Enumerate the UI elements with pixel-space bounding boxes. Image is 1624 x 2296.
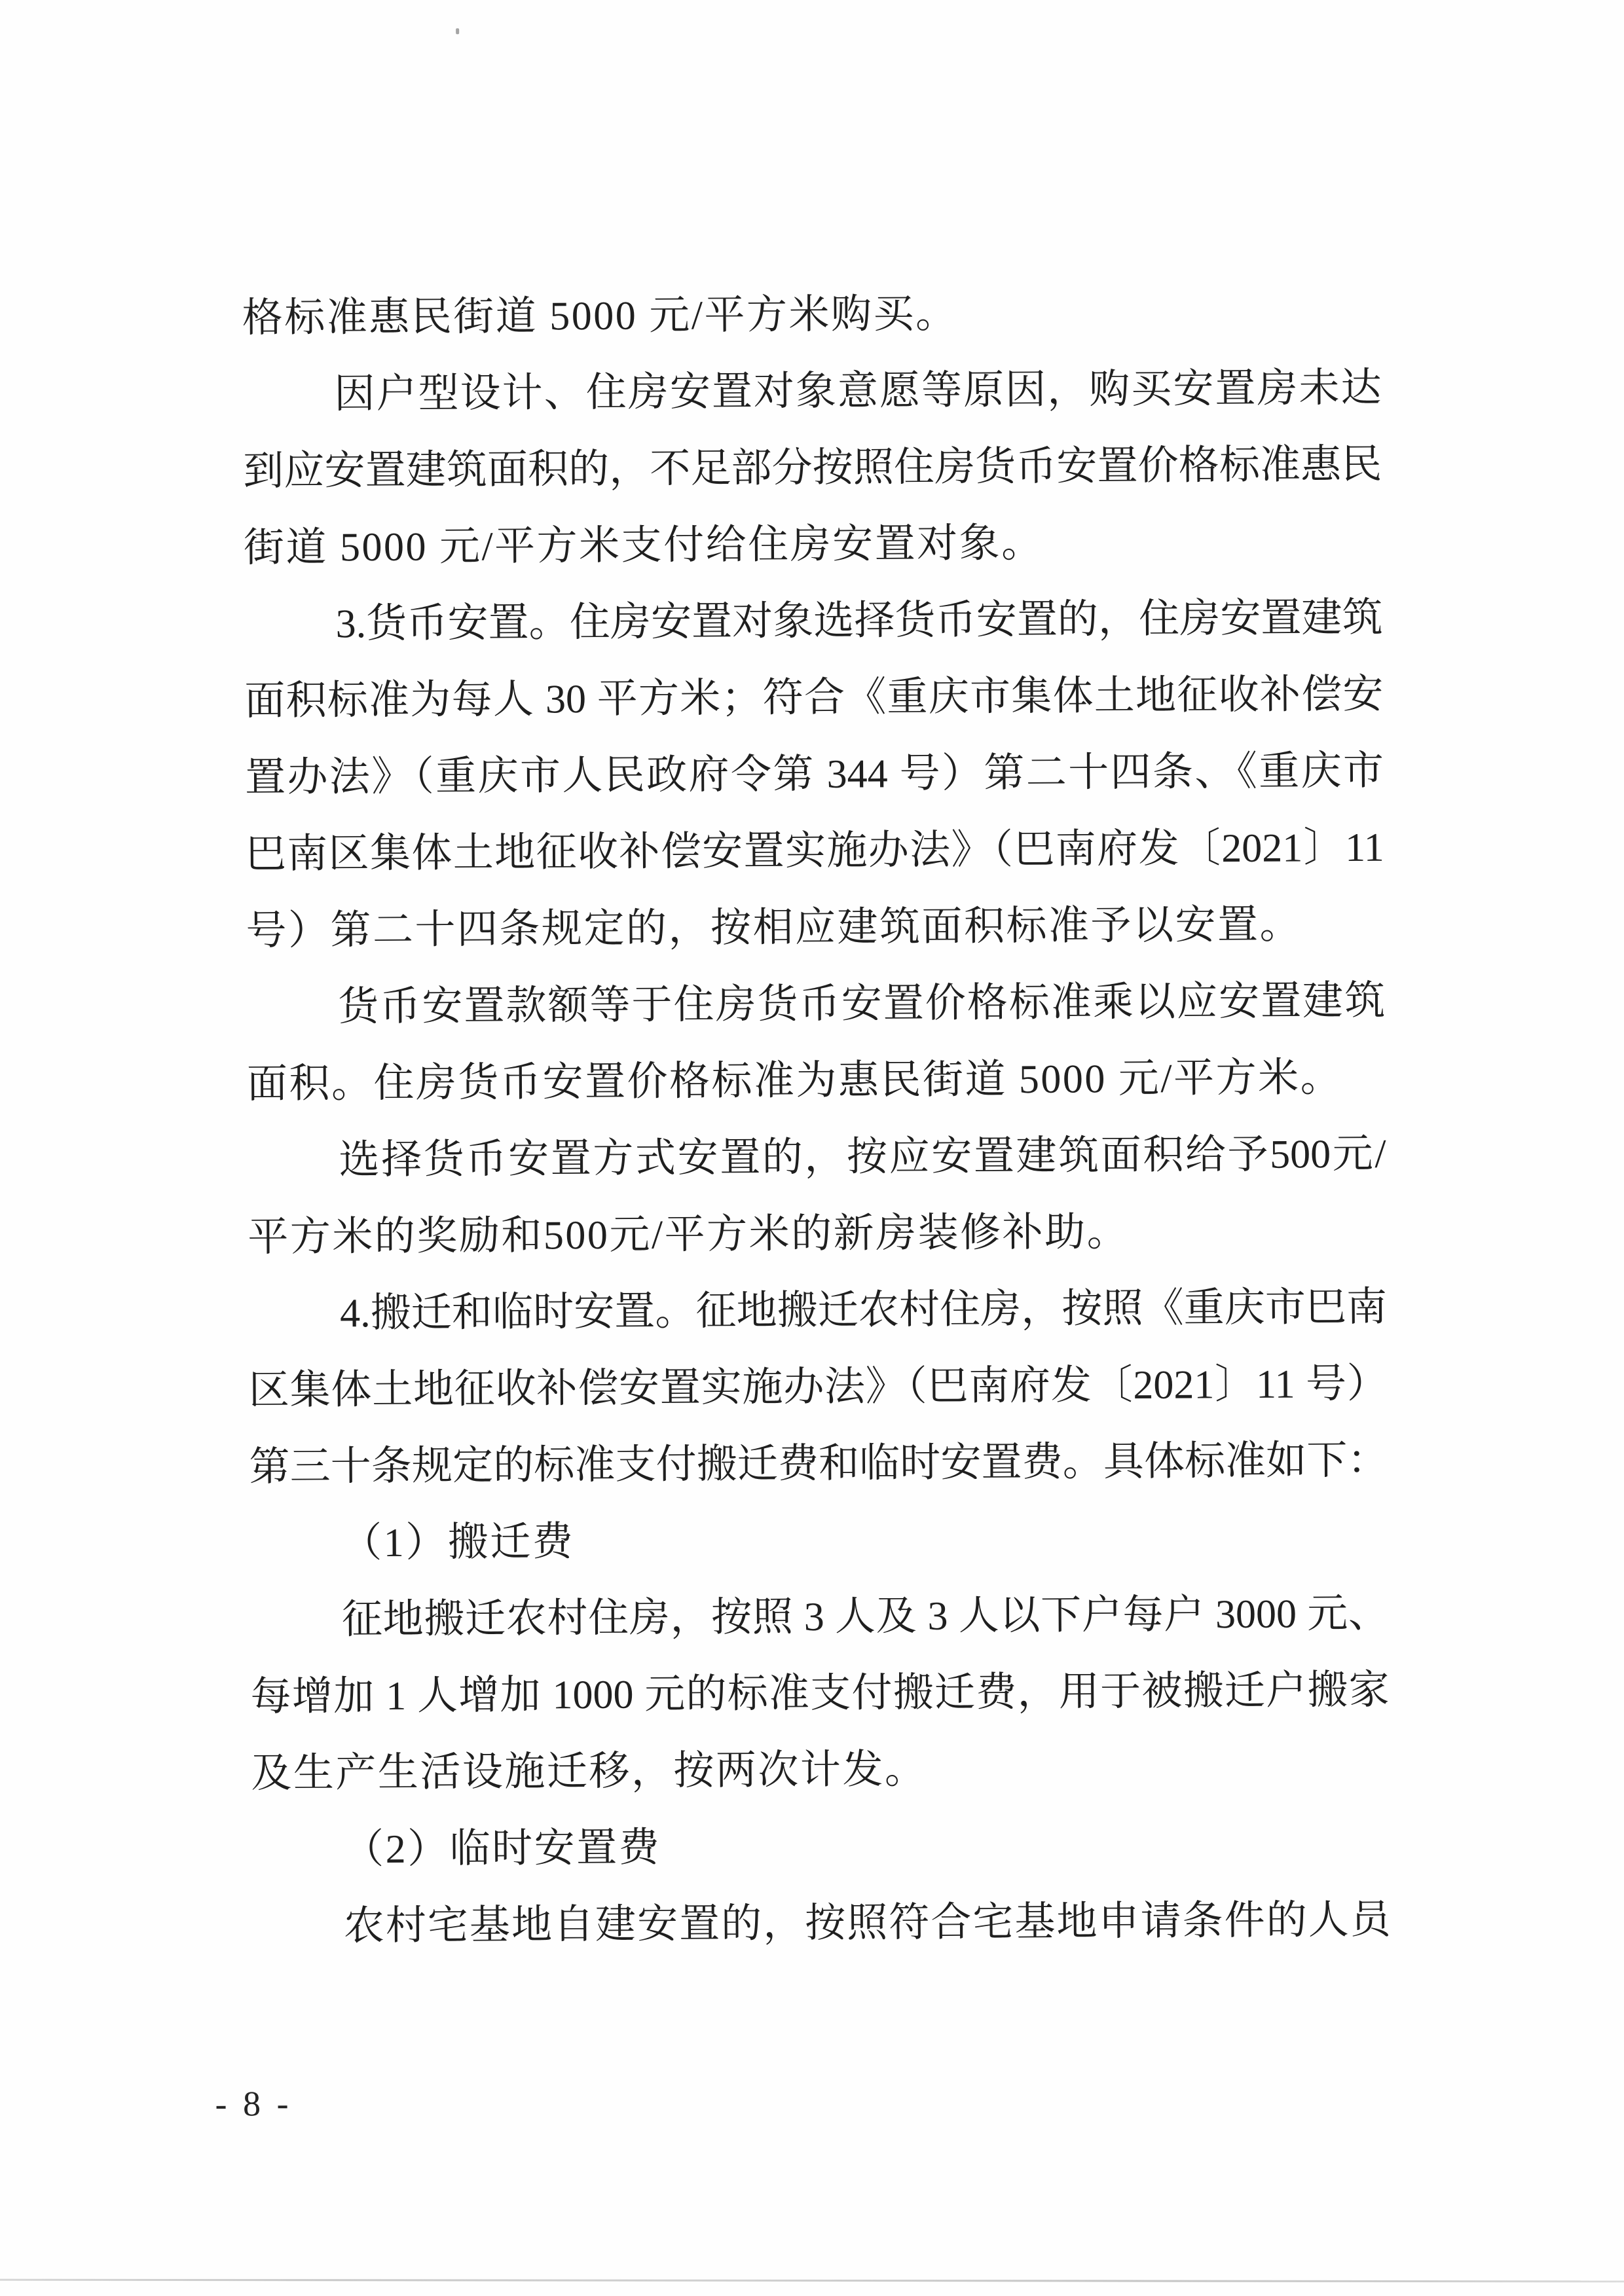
scanned-document-page: 格标准惠民街道 5000 元/平方米购买。 因户型设计、住房安置对象意愿等原因，… (0, 0, 1624, 2296)
text-line: 格标准惠民街道 5000 元/平方米购买。 (242, 274, 1381, 357)
text-line: 每增加 1 人增加 1000 元的标准支付搬迁费，用于被搬迁户搬家 (250, 1652, 1390, 1736)
text-line: 及生产生活设施迁移，按两次计发。 (251, 1729, 1390, 1813)
text-line: 征地搬迁农村住房，按照 3 人及 3 人以下户每户 3000 元、 (250, 1576, 1390, 1660)
page-number: - 8 - (215, 2084, 289, 2124)
text-line: 4.搬迁和临时安置。征地搬迁农村住房，按照《重庆市巴南 (248, 1269, 1388, 1353)
text-line: 到应安置建筑面积的，不足部分按照住房货币安置价格标准惠民 (243, 427, 1382, 511)
text-line: 第三十条规定的标准支付搬迁费和临时安置费。具体标准如下： (249, 1423, 1388, 1506)
text-line: 因户型设计、住房安置对象意愿等原因，购买安置房未达 (242, 350, 1382, 434)
text-line: 街道 5000 元/平方米支付给住房安置对象。 (244, 503, 1383, 587)
scan-speck-artifact (456, 28, 459, 34)
text-line: 3.货币安置。住房安置对象选择货币安置的，住房安置建筑 (244, 580, 1383, 664)
text-line: （2）临时安置费 (251, 1806, 1391, 1889)
text-line: 巴南区集体土地征收补偿安置实施办法》（巴南府发〔2021〕11 (245, 810, 1384, 894)
text-line: 置办法》（重庆市人民政府令第 344 号）第二十四条、《重庆市 (245, 733, 1384, 817)
text-line: （1）搬迁费 (249, 1499, 1389, 1583)
text-line: 选择货币安置方式安置的，按应安置建筑面积给予500元/ (247, 1116, 1386, 1200)
document-body-text: 格标准惠民街道 5000 元/平方米购买。 因户型设计、住房安置对象意愿等原因，… (242, 274, 1391, 1966)
scan-content: 格标准惠民街道 5000 元/平方米购买。 因户型设计、住房安置对象意愿等原因，… (0, 0, 1624, 2296)
text-line: 平方米的奖励和500元/平方米的新房装修补助。 (248, 1193, 1387, 1277)
text-line: 号）第二十四条规定的，按相应建筑面积标准予以安置。 (246, 886, 1385, 970)
text-line: 农村宅基地自建安置的，按照符合宅基地申请条件的人员 (251, 1882, 1391, 1966)
text-line: 面积。住房货币安置价格标准为惠民街道 5000 元/平方米。 (247, 1040, 1386, 1123)
text-line: 面积标准为每人 30 平方米；符合《重庆市集体土地征收补偿安 (244, 657, 1384, 740)
text-line: 区集体土地征收补偿安置实施办法》（巴南府发〔2021〕11 号） (248, 1346, 1388, 1430)
text-line: 货币安置款额等于住房货币安置价格标准乘以应安置建筑 (246, 963, 1386, 1047)
